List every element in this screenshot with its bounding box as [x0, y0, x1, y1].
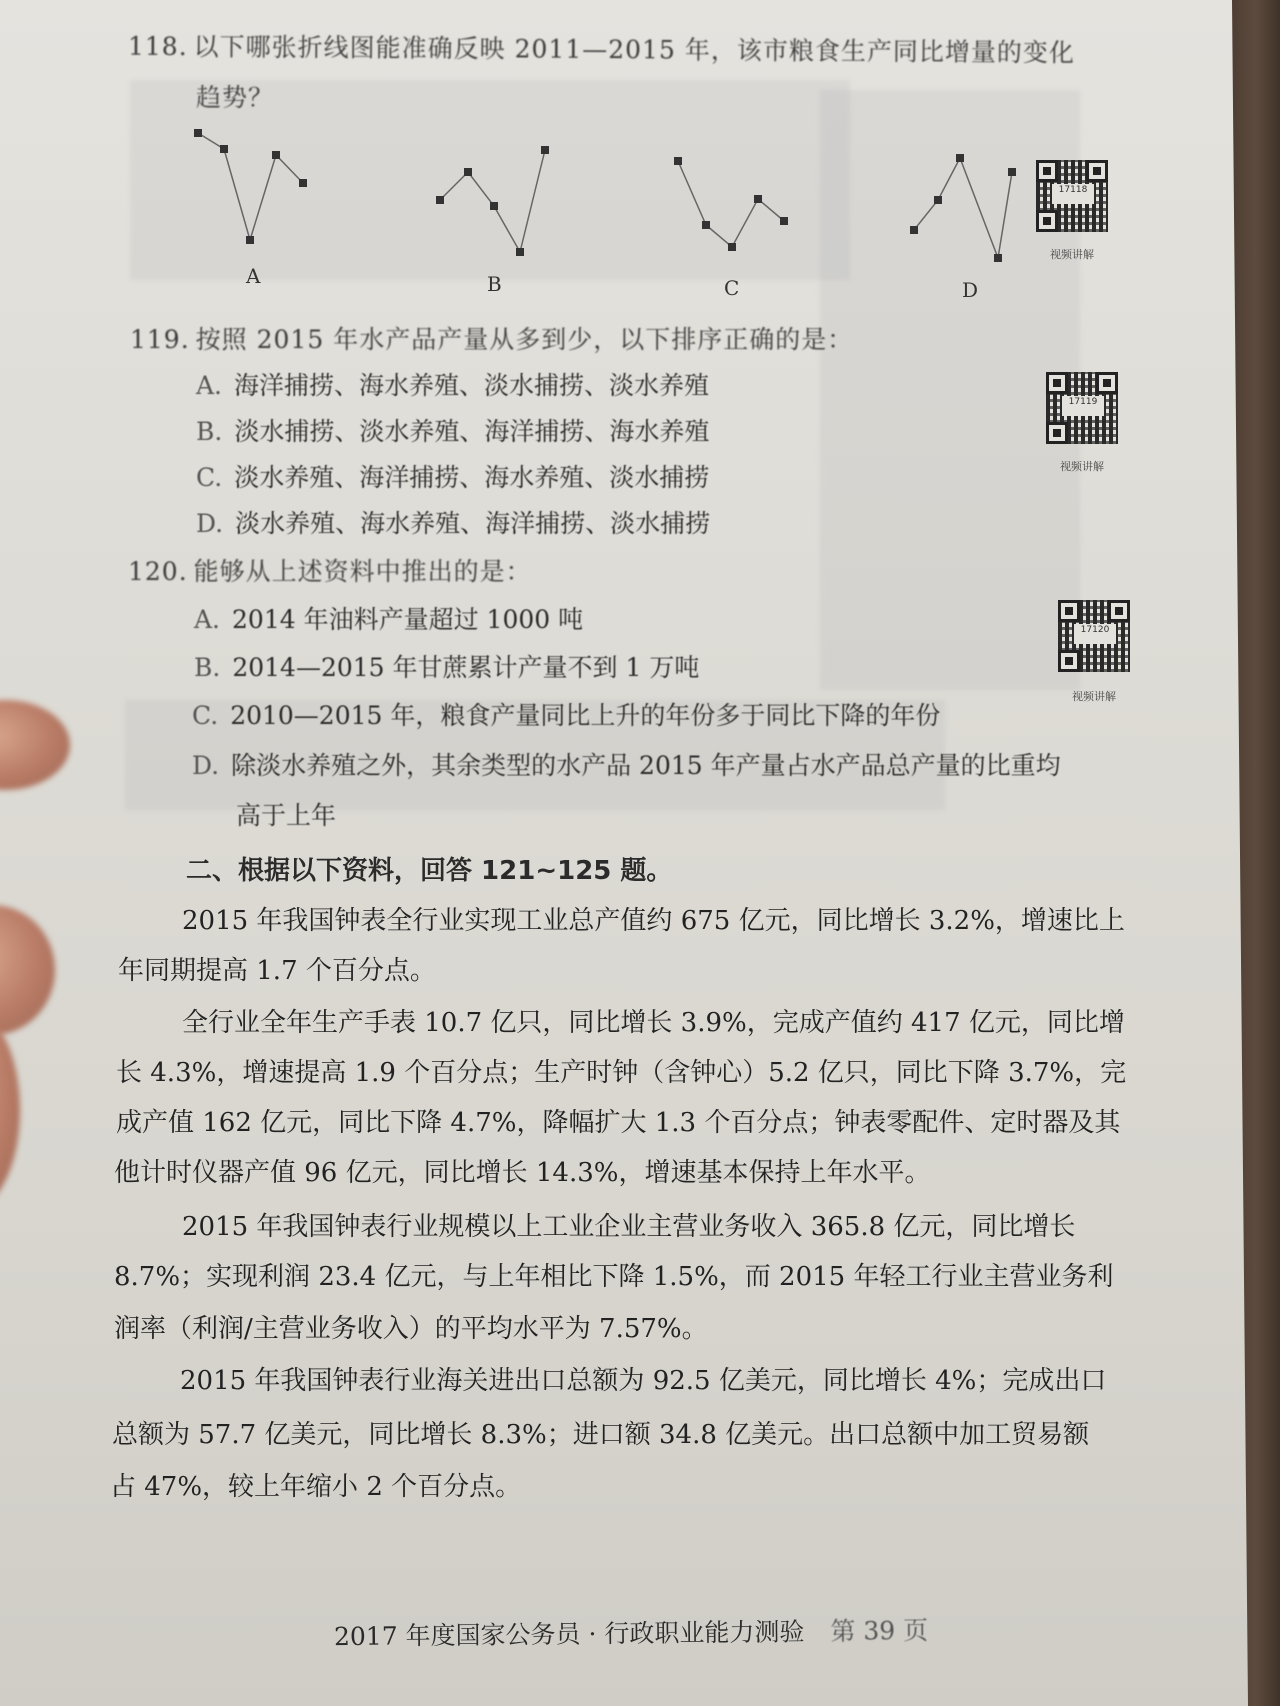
book-page: 118.以下哪张折线图能准确反映 2011—2015 年，该市粮食生产同比增量的… [0, 0, 1248, 1706]
section-heading: 二、根据以下资料，回答 121~125 题。 [186, 850, 672, 887]
paragraph-3-line-3: 润率（利润/主营业务收入）的平均水平为 7.57%。 [114, 1308, 708, 1345]
qr-finder [1086, 160, 1108, 182]
qr-id: 17120 [1074, 624, 1116, 644]
option-120-d[interactable]: D.除淡水养殖之外，其余类型的水产品 2015 年产量占水产品总产量的比重均 [192, 746, 1061, 782]
question-120: 120.能够从上述资料中推出的是： [128, 552, 532, 588]
question-number: 120. [128, 557, 188, 586]
finger [0, 1010, 20, 1210]
paragraph-4-line-2: 总额为 57.7 亿美元，同比增长 8.3%；进口额 34.8 亿美元。出口总额… [112, 1414, 1089, 1451]
qr-caption: 视频讲解 [1032, 246, 1112, 262]
chart-label-c: C [724, 276, 739, 300]
qr-finder [1108, 600, 1130, 622]
page-number: 第 39 页 [830, 1616, 928, 1646]
option-119-c[interactable]: C.淡水养殖、海洋捕捞、海水养殖、淡水捕捞 [196, 458, 709, 494]
qr-caption: 视频讲解 [1042, 458, 1122, 474]
qr-code-119[interactable]: 17119 [1046, 372, 1118, 444]
qr-code-118[interactable]: 17118 [1036, 160, 1108, 232]
paragraph-2-line-4: 他计时仪器产值 96 亿元，同比增长 14.3%，增速基本保持上年水平。 [114, 1152, 930, 1189]
qr-finder [1036, 160, 1058, 182]
finger [0, 905, 55, 1035]
chart-label-d: D [962, 278, 978, 302]
chart-label-b: B [487, 272, 502, 296]
line-chart-b-svg [432, 140, 552, 260]
paragraph-3-line-2: 8.7%；实现利润 23.4 亿元，与上年相比下降 1.5%，而 2015 年轻… [114, 1256, 1114, 1293]
qr-finder [1058, 600, 1080, 622]
qr-id: 17119 [1062, 396, 1104, 416]
chart-label-a: A [246, 264, 260, 288]
page-footer: 2017 年度国家公务员 · 行政职业能力测验第 39 页 [334, 1611, 928, 1653]
option-120-a[interactable]: A.2014 年油料产量超过 1000 吨 [194, 600, 583, 636]
paragraph-1-line-2: 年同期提高 1.7 个百分点。 [118, 950, 436, 987]
line-chart-option-c[interactable] [672, 155, 792, 269]
line-chart-option-d[interactable] [908, 150, 1028, 269]
book-title: 2017 年度国家公务员 · 行政职业能力测验 [334, 1617, 805, 1651]
line-chart-c-svg [672, 155, 792, 265]
paragraph-2-line-1: 全行业全年生产手表 10.7 亿只，同比增长 3.9%，完成产值约 417 亿元… [182, 1002, 1125, 1039]
option-119-d[interactable]: D.淡水养殖、海水养殖、海洋捕捞、淡水捕捞 [196, 504, 710, 540]
question-number: 118. [128, 32, 188, 61]
question-number: 119. [130, 325, 190, 354]
option-120-c[interactable]: C.2010—2015 年，粮食产量同比上升的年份多于同比下降的年份 [192, 696, 940, 732]
question-118-line2: 趋势？ [196, 78, 274, 114]
qr-code-120[interactable]: 17120 [1058, 600, 1130, 672]
paragraph-2-line-2: 长 4.3%，增速提高 1.9 个百分点；生产时钟（含钟心）5.2 亿只，同比下… [116, 1052, 1126, 1089]
line-chart-option-a[interactable] [190, 125, 320, 254]
qr-caption: 视频讲解 [1054, 688, 1134, 704]
paragraph-3-line-1: 2015 年我国钟表行业规模以上工业企业主营业务收入 365.8 亿元，同比增长 [182, 1206, 1075, 1243]
question-118-line1: 118.以下哪张折线图能准确反映 2011—2015 年，该市粮食生产同比增量的… [128, 27, 1075, 70]
paragraph-1-line-1: 2015 年我国钟表全行业实现工业总产值约 675 亿元，同比增长 3.2%，增… [182, 900, 1125, 937]
paragraph-4-line-3: 占 47%，较上年缩小 2 个百分点。 [110, 1466, 521, 1503]
line-chart-a-svg [190, 125, 320, 250]
qr-finder [1046, 372, 1068, 394]
question-119: 119.按照 2015 年水产品产量从多到少，以下排序正确的是： [130, 320, 853, 356]
qr-finder [1036, 210, 1058, 232]
paragraph-4-line-1: 2015 年我国钟表行业海关进出口总额为 92.5 亿美元，同比增长 4%；完成… [180, 1360, 1106, 1397]
qr-finder [1058, 650, 1080, 672]
line-chart-d-svg [908, 150, 1028, 265]
option-119-a[interactable]: A.海洋捕捞、海水养殖、淡水捕捞、淡水养殖 [196, 366, 709, 402]
finger [0, 700, 70, 790]
option-119-b[interactable]: B.淡水捕捞、淡水养殖、海洋捕捞、海水养殖 [196, 412, 709, 448]
qr-finder [1046, 422, 1068, 444]
line-chart-option-b[interactable] [432, 140, 552, 264]
qr-id: 17118 [1052, 184, 1094, 204]
paragraph-2-line-3: 成产值 162 亿元，同比下降 4.7%，降幅扩大 1.3 个百分点；钟表零配件… [116, 1102, 1120, 1139]
qr-finder [1096, 372, 1118, 394]
option-120-d-cont: 高于上年 [236, 796, 336, 832]
option-120-b[interactable]: B.2014—2015 年甘蔗累计产量不到 1 万吨 [194, 648, 699, 684]
